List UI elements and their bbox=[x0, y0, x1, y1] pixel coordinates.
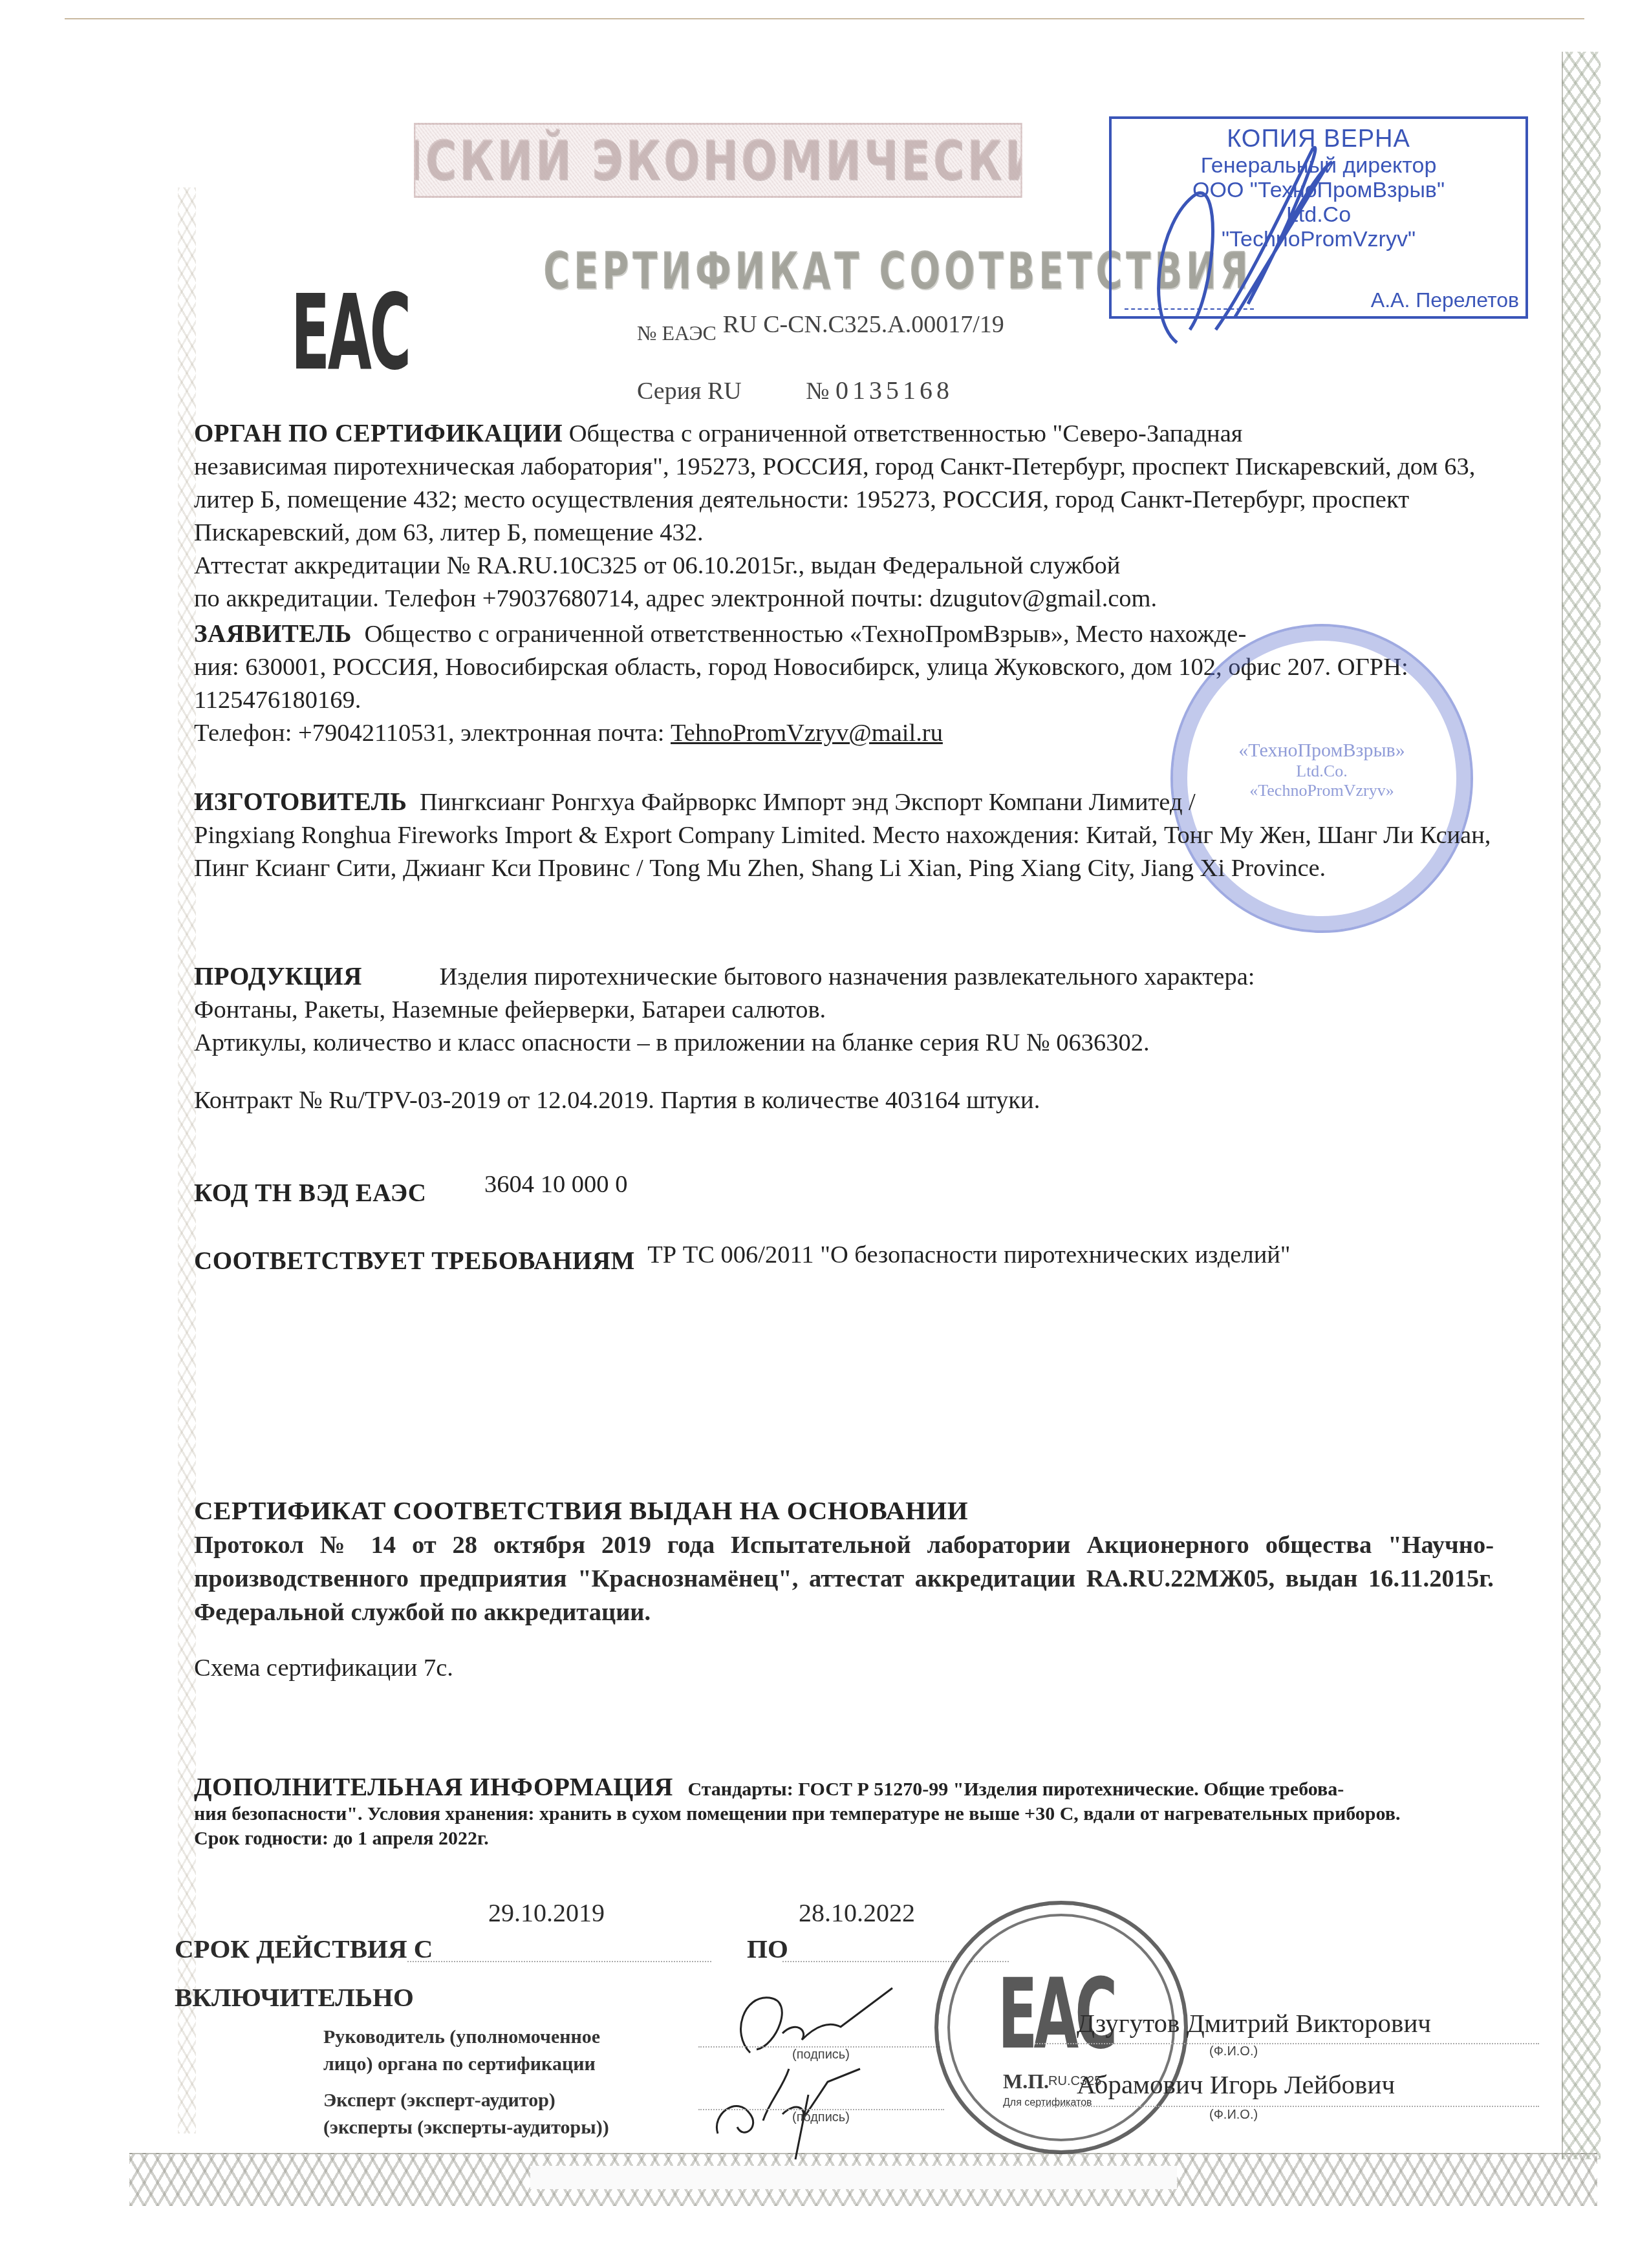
stamp-center-name: «ТехноПромВзрыв» bbox=[1173, 740, 1471, 762]
products-first-line: Изделия пиротехнические бытового назначе… bbox=[440, 963, 1255, 990]
expert-signatory-label: Эксперт (эксперт-аудитор) (эксперты (экс… bbox=[323, 2087, 609, 2141]
expert-name-line bbox=[1035, 2106, 1539, 2107]
additional-info-section: ДОПОЛНИТЕЛЬНАЯ ИНФОРМАЦИЯ Стандарты: ГОС… bbox=[194, 1775, 1507, 1851]
head-name-line bbox=[1035, 2043, 1539, 2044]
certification-body-address: независимая пиротехническая лаборатория"… bbox=[194, 453, 1475, 546]
manufacturer-section: ИЗГОТОВИТЕЛЬ Пингксианг Ронгхуа Файрворк… bbox=[194, 786, 1520, 885]
products-section: ПРОДУКЦИЯ Изделия пиротехнические бытово… bbox=[194, 960, 1520, 1117]
expert-signature-icon bbox=[698, 2056, 879, 2166]
additional-info-label: ДОПОЛНИТЕЛЬНАЯ ИНФОРМАЦИЯ bbox=[194, 1772, 673, 1801]
director-signature-icon bbox=[1119, 123, 1390, 356]
manufacturer-label: ИЗГОТОВИТЕЛЬ bbox=[194, 788, 407, 816]
applicant-round-stamp: «ТехноПромВзрыв» Ltd.Co. «TechnoPromVzry… bbox=[1170, 624, 1473, 933]
head-fio-caption: (Ф.И.О.) bbox=[1209, 2044, 1258, 2059]
expert-label-line-2: (эксперты (эксперты-аудиторы)) bbox=[323, 2114, 609, 2141]
shelf-life: Срок годности: до 1 апреля 2022г. bbox=[194, 1828, 489, 1849]
validity-from-label: СРОК ДЕЙСТВИЯ С bbox=[175, 1933, 433, 1964]
products-types: Фонтаны, Ракеты, Наземные фейерверки, Ба… bbox=[194, 996, 826, 1023]
eaeu-banner: ЕВРАЗИЙСКИЙ ЭКОНОМИЧЕСКИЙ СОЮЗ bbox=[414, 123, 1022, 198]
compliance-label: СООТВЕТСТВУЕТ ТРЕБОВАНИЯМ bbox=[194, 1247, 635, 1275]
registration-number: № ЕАЭСRU C-CN.C325.A.00017/19 bbox=[637, 310, 1004, 339]
validity-from-line bbox=[407, 1961, 711, 1962]
applicant-label: ЗАЯВИТЕЛЬ bbox=[194, 620, 352, 648]
expert-signature-caption: (подпись) bbox=[792, 2110, 850, 2125]
stamp-center-ltd: Ltd.Co. bbox=[1173, 762, 1471, 781]
manufacturer-first-line: Пингксианг Ронгхуа Файрворкс Импорт энд … bbox=[420, 789, 1196, 816]
additional-standards: Стандарты: ГОСТ Р 51270-99 "Изделия пиро… bbox=[687, 1779, 1344, 1800]
registration-prefix: № ЕАЭС bbox=[637, 321, 717, 345]
certification-body-section: ОРГАН ПО СЕРТИФИКАЦИИ Общества с огранич… bbox=[194, 417, 1520, 615]
certification-body-contacts: по аккредитации. Телефон +79037680714, а… bbox=[194, 585, 1157, 612]
applicant-phone: Телефон: +79042110531, электронная почта… bbox=[194, 720, 664, 747]
validity-from-date: 29.10.2019 bbox=[488, 1898, 605, 1928]
applicant-first-line: Общество с ограниченной ответственностью… bbox=[364, 621, 1246, 648]
series-label: Серия bbox=[637, 378, 702, 405]
expert-fio-caption: (Ф.И.О.) bbox=[1209, 2108, 1258, 2123]
blank-series: Серия RU № 0135168 bbox=[637, 375, 953, 405]
compliance-section: СООТВЕТСТВУЕТ ТРЕБОВАНИЯМ ТР ТС 006/2011… bbox=[194, 1245, 1520, 1278]
blank-number: 0135168 bbox=[835, 376, 953, 405]
frame-top-line bbox=[65, 18, 1584, 19]
applicant-email-link[interactable]: TehnoPromVzryv@mail.ru bbox=[671, 720, 943, 747]
certification-body-first-line: Общества с ограниченной ответственностью… bbox=[569, 420, 1243, 447]
stamp-signer: А.А. Перелетов bbox=[1371, 288, 1519, 312]
head-label-line-1: Руководитель (уполномоченное bbox=[323, 2024, 600, 2051]
manufacturer-details: Pingxiang Ronghua Fireworks Import & Exp… bbox=[194, 822, 1491, 882]
series-value: RU bbox=[707, 378, 742, 405]
hs-code-value: 3604 10 000 0 bbox=[484, 1171, 627, 1198]
expert-full-name: Абрамович Игорь Лейбович bbox=[1077, 2069, 1395, 2100]
compliance-value: ТР ТС 006/2011 "О безопасности пиротехни… bbox=[647, 1241, 1290, 1268]
hs-code-section: КОД ТН ВЭД ЕАЭС 3604 10 000 0 bbox=[194, 1177, 1520, 1210]
blank-number-label: № bbox=[806, 378, 829, 405]
certification-body-label: ОРГАН ПО СЕРТИФИКАЦИИ bbox=[194, 420, 563, 447]
products-appendix: Артикулы, количество и класс опасности –… bbox=[194, 1029, 1150, 1056]
validity-to-label: ПО bbox=[747, 1933, 788, 1964]
registration-value: RU C-CN.C325.A.00017/19 bbox=[723, 311, 1004, 338]
basis-label: СЕРТИФИКАТ СООТВЕТСТВИЯ ВЫДАН НА ОСНОВАН… bbox=[194, 1495, 968, 1525]
basis-protocol: Протокол № 14 от 28 октября 2019 года Ис… bbox=[194, 1532, 1494, 1626]
basis-section: СЕРТИФИКАТ СООТВЕТСТВИЯ ВЫДАН НА ОСНОВАН… bbox=[194, 1493, 1494, 1629]
products-label: ПРОДУКЦИЯ bbox=[194, 963, 362, 990]
seal-mp-label: М.П. bbox=[1003, 2070, 1049, 2093]
certification-scheme: Схема сертификации 7с. bbox=[194, 1652, 1520, 1685]
validity-to-date: 28.10.2022 bbox=[799, 1898, 915, 1928]
head-signatory-label: Руководитель (уполномоченное лицо) орган… bbox=[323, 2024, 600, 2078]
validity-inclusive-label: ВКЛЮЧИТЕЛЬНО bbox=[175, 1982, 414, 2013]
accreditation-certificate: Аттестат аккредитации № RA.RU.10C325 от … bbox=[194, 552, 1120, 579]
blank-footer-microtext bbox=[530, 2166, 1177, 2189]
hs-code-label: КОД ТН ВЭД ЕАЭС bbox=[194, 1179, 426, 1207]
head-full-name: Дзугутов Дмитрий Викторович bbox=[1077, 2007, 1431, 2038]
eac-mark-icon: ЕАС bbox=[291, 288, 341, 378]
guilloche-border-left bbox=[178, 187, 196, 2134]
guilloche-border-right bbox=[1562, 52, 1600, 2159]
head-label-line-2: лицо) органа по сертификации bbox=[323, 2051, 600, 2078]
additional-storage: ния безопасности". Условия хранения: хра… bbox=[194, 1803, 1400, 1824]
expert-label-line-1: Эксперт (эксперт-аудитор) bbox=[323, 2087, 609, 2114]
products-contract: Контракт № Ru/TPV-03-2019 от 12.04.2019.… bbox=[194, 1087, 1040, 1114]
